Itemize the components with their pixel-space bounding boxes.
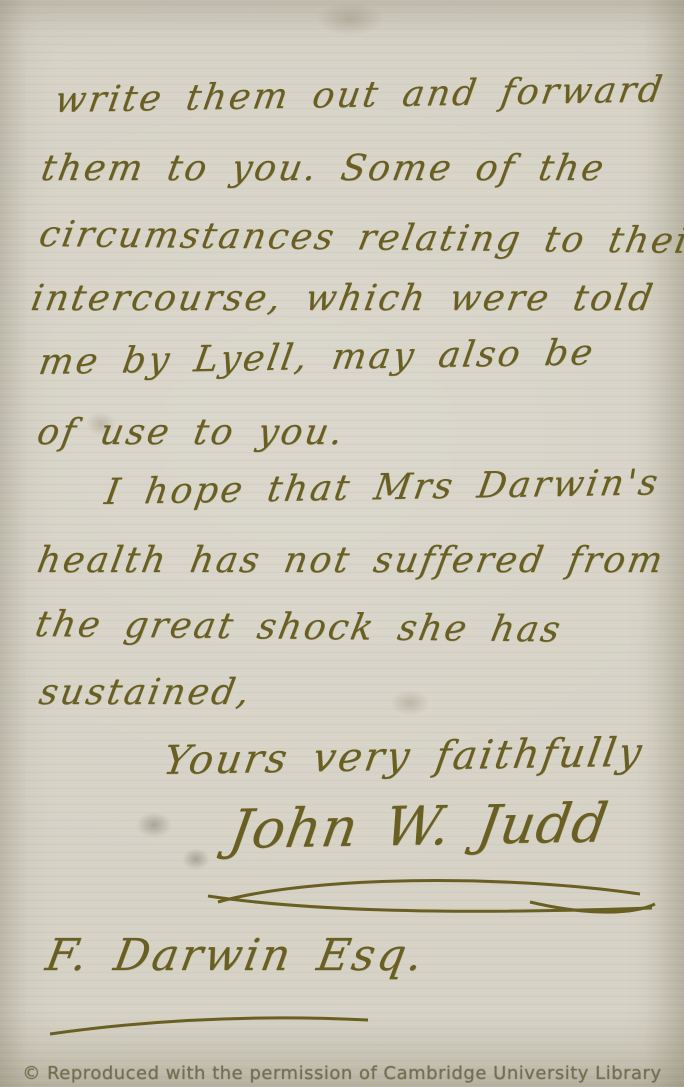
letter-line: I hope that Mrs Darwin's [102, 462, 663, 513]
letter-line: circumstances relating to their [36, 214, 684, 262]
letter-page: write them out and forward them to you. … [0, 0, 684, 1087]
signature: John W. Judd [225, 791, 613, 861]
signature-underline-flourish [200, 868, 662, 920]
closing-line: Yours very faithfully [160, 730, 647, 784]
letter-line: health has not suffered from [34, 540, 668, 581]
paper-smudge [182, 848, 210, 870]
letter-line: sustained, [36, 672, 255, 713]
paper-smudge [136, 812, 172, 838]
paper-stain [315, 2, 385, 36]
letter-line: of use to you. [34, 412, 348, 453]
letter-line: them to you. Some of the [38, 148, 609, 189]
addressee-underline [46, 1006, 376, 1040]
paper-stain [390, 690, 430, 716]
letter-line: me by Lyell, may also be [36, 332, 598, 383]
credit-caption: © Reproduced with the permission of Camb… [0, 1063, 684, 1084]
letter-line: the great shock she has [32, 604, 566, 651]
addressee-line: F. Darwin Esq. [42, 930, 429, 981]
letter-line: intercourse, which were told [28, 278, 658, 319]
letter-line: write them out and forward [52, 69, 667, 121]
